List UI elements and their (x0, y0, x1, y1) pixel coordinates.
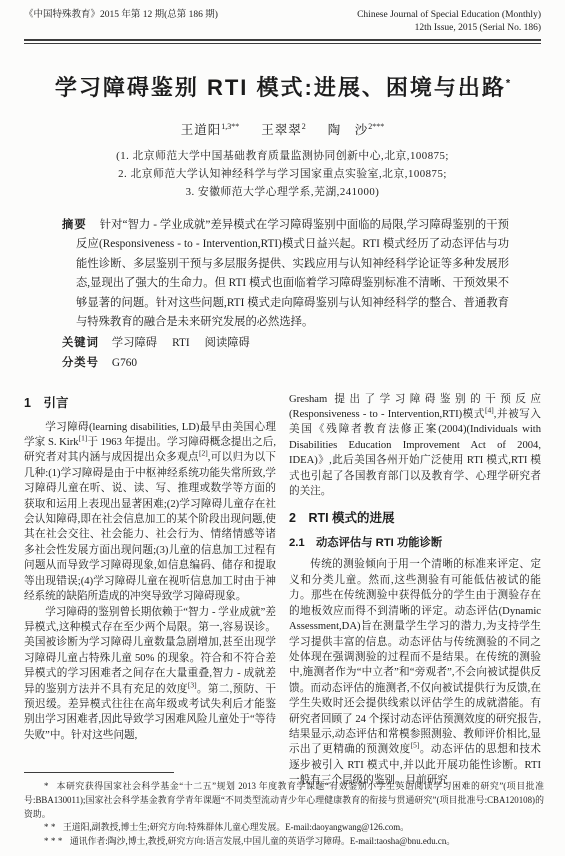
keywords-row: 关键词学习障碍RTI阅读障碍 (62, 334, 509, 354)
footnote-marker: ** (44, 822, 58, 832)
author: 王翠翠2 (261, 123, 306, 137)
title-footnote-marker: * (506, 77, 510, 89)
journal-name-en: Chinese Journal of Special Education (Mo… (357, 9, 541, 22)
keyword-term: RTI (172, 337, 190, 349)
author: 陶 沙2*** (328, 123, 385, 137)
citation-marker: [5] (411, 741, 420, 750)
author-affiliation-marker: 1,3** (221, 121, 239, 130)
paragraph: 学习障碍的鉴别曾长期依赖于“智力 - 学业成就”差异模式,这种模式存在至少两个局… (24, 605, 276, 744)
author-affiliation-marker: 2 (302, 121, 306, 130)
footnotes-block: *本研究获得国家社会科学基金“十二五”规划 2013 年度教育学课题“有效鉴别小… (24, 772, 544, 849)
paragraph: 学习障碍(learning disabilities, LD)最早由美国心理学家… (24, 420, 276, 605)
citation-marker: [3] (188, 680, 197, 689)
section-heading: 2.1 动态评估与 RTI 功能诊断 (289, 535, 541, 551)
footnote: *本研究获得国家社会科学基金“十二五”规划 2013 年度教育学课题“有效鉴别小… (24, 780, 544, 821)
journal-citation-cn: 《中国特殊教育》2015 年第 12 期(总第 186 期) (24, 9, 218, 22)
author-name: 王翠翠 (261, 123, 302, 137)
keywords-terms: 学习障碍RTI阅读障碍 (112, 337, 265, 349)
footnote-rule (24, 772, 174, 773)
author-affiliation-marker: 2*** (368, 121, 384, 130)
footnote-text: 王道阳,副教授,博士生;研究方向:特殊群体儿童心理发展。E-mail:daoya… (63, 822, 409, 832)
footnote-marker: * (44, 781, 51, 791)
citation-marker: [2] (199, 449, 208, 458)
right-column: Gresham 提出了学习障碍鉴别的干预反应(Responsiveness - … (289, 392, 541, 789)
affiliation-line: 2. 北京师范大学认知神经科学与学习国家重点实验室,北京,100875; (24, 165, 541, 183)
affiliation-line: 3. 安徽师范大学心理学系,芜湖,241000) (24, 183, 541, 201)
abstract-label: 摘要 (62, 219, 87, 231)
footnote-text: 通讯作者:陶沙,博士,教授,研究方向:语言发展,中国儿童的英语学习障碍。E-ma… (70, 836, 455, 846)
abstract-text: 针对“智力 - 学业成就”差异模式在学习障碍鉴别中面临的局限,学习障碍鉴别的干预… (76, 219, 509, 329)
paragraph: Gresham 提出了学习障碍鉴别的干预反应(Responsiveness - … (289, 392, 541, 500)
journal-issue-en: 12th Issue, 2015 (Serial No. 186) (357, 22, 541, 35)
keyword-term: 阅读障碍 (205, 337, 250, 349)
affiliation-line: (1. 北京师范大学中国基础教育质量监测协同创新中心,北京,100875; (24, 147, 541, 165)
classification-label: 分类号 (62, 357, 99, 369)
footnote-marker: *** (44, 836, 65, 846)
page-header: 《中国特殊教育》2015 年第 12 期(总第 186 期) Chinese J… (24, 9, 541, 35)
section-heading: 1 引言 (24, 395, 276, 412)
authors-line: 王道阳1,3**王翠翠2陶 沙2*** (24, 120, 541, 138)
front-matter: 摘要针对“智力 - 学业成就”差异模式在学习障碍鉴别中面临的局限,学习障碍鉴别的… (62, 216, 509, 374)
paragraph: 传统的测验倾向于用一个清晰的标准来评定、定义和分类儿童。然而,这些测验有可能低估… (289, 557, 541, 788)
journal-page: 《中国特殊教育》2015 年第 12 期(总第 186 期) Chinese J… (0, 0, 565, 856)
affiliations-block: (1. 北京师范大学中国基础教育质量监测协同创新中心,北京,100875;2. … (24, 147, 541, 201)
keywords-label: 关键词 (62, 337, 99, 349)
keyword-term: 学习障碍 (112, 337, 157, 349)
author: 王道阳1,3** (181, 123, 240, 137)
citation-marker: [1] (79, 434, 88, 443)
article-title-text: 学习障碍鉴别 RTI 模式:进展、困境与出路 (55, 75, 506, 100)
footnote-text: 本研究获得国家社会科学基金“十二五”规划 2013 年度教育学课题“有效鉴别小学… (24, 781, 544, 819)
author-name: 王道阳 (181, 123, 222, 137)
section-heading: 2 RTI 模式的进展 (289, 510, 541, 527)
article-title: 学习障碍鉴别 RTI 模式:进展、困境与出路* (24, 71, 541, 102)
abstract: 摘要针对“智力 - 学业成就”差异模式在学习障碍鉴别中面临的局限,学习障碍鉴别的… (62, 216, 509, 333)
classification-row: 分类号G760 (62, 354, 509, 374)
header-rule (24, 39, 541, 44)
footnote-items: *本研究获得国家社会科学基金“十二五”规划 2013 年度教育学课题“有效鉴别小… (24, 780, 544, 849)
left-column: 1 引言学习障碍(learning disabilities, LD)最早由美国… (24, 392, 276, 789)
article-body: 1 引言学习障碍(learning disabilities, LD)最早由美国… (24, 392, 541, 789)
classification-value: G760 (112, 357, 137, 369)
footnote: ***通讯作者:陶沙,博士,教授,研究方向:语言发展,中国儿童的英语学习障碍。E… (24, 835, 544, 849)
footnote: **王道阳,副教授,博士生;研究方向:特殊群体儿童心理发展。E-mail:dao… (24, 821, 544, 835)
citation-marker: [4] (485, 406, 494, 415)
author-name: 陶 沙 (328, 123, 369, 137)
journal-citation-en: Chinese Journal of Special Education (Mo… (357, 9, 541, 35)
